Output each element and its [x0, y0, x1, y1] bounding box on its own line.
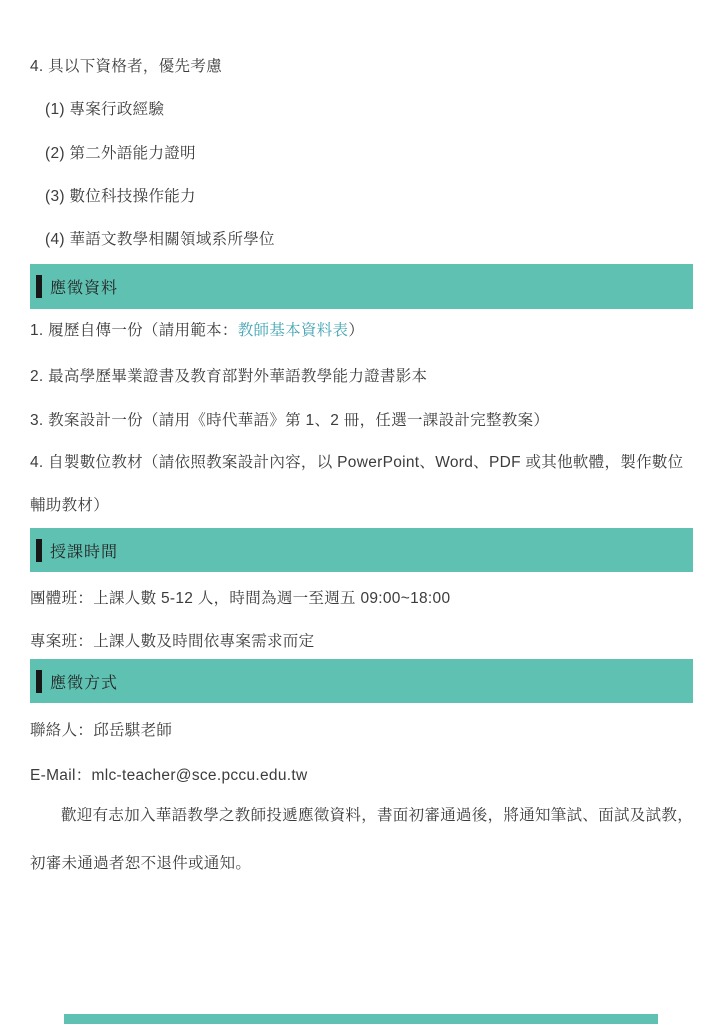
section-title: 應徵資料: [50, 275, 118, 298]
section-header-how-to-apply: 應徵方式: [30, 659, 693, 703]
project-class-line: 專案班：上課人數及時間依專案需求而定: [30, 631, 314, 653]
section-marker-bar: [36, 275, 42, 298]
teacher-info-form-link[interactable]: 教師基本資料表: [238, 322, 349, 339]
application-document-item-3: 3. 教案設計一份（請用《時代華語》第 1、2 冊，任選一課設計完整教案）: [30, 410, 549, 432]
application-document-item-1: 1. 履歷自傳一份（請用範本：教師基本資料表）: [30, 320, 364, 342]
qualification-item: (1) 專案行政經驗: [45, 99, 164, 121]
section-header-application-documents: 應徵資料: [30, 264, 693, 309]
contact-person-line: 聯絡人：邱岳騏老師: [30, 720, 172, 742]
application-document-item-2: 2. 最高學歷畢業證書及教育部對外華語教學能力證書影本: [30, 366, 427, 388]
next-section-band-partial: [64, 1014, 658, 1024]
application-document-item-4: 4. 自製數位教材（請依照教案設計內容，以 PowerPoint、Word、PD…: [30, 441, 694, 527]
qualification-item: (4) 華語文教學相關領域系所學位: [45, 229, 275, 251]
email-line: E-Mail：mlc-teacher@sce.pccu.edu.tw: [30, 765, 307, 787]
section-marker-bar: [36, 539, 42, 562]
section-title: 應徵方式: [50, 670, 118, 693]
section-marker-bar: [36, 670, 42, 693]
qualification-item: (3) 數位科技操作能力: [45, 186, 196, 208]
section-header-class-schedule: 授課時間: [30, 528, 693, 572]
item1-prefix: 1. 履歷自傳一份（請用範本：: [30, 322, 238, 339]
section-title: 授課時間: [50, 539, 118, 562]
qualifications-heading: 4. 具以下資格者，優先考慮: [30, 56, 222, 78]
qualification-item: (2) 第二外語能力證明: [45, 143, 196, 165]
group-class-line: 團體班：上課人數 5-12 人，時間為週一至週五 09:00~18:00: [30, 588, 450, 610]
item1-suffix: ）: [348, 322, 364, 339]
closing-paragraph: 歡迎有志加入華語教學之教師投遞應徵資料，書面初審通過後，將通知筆試、面試及試教，…: [30, 792, 694, 888]
document-page: 4. 具以下資格者，優先考慮 (1) 專案行政經驗 (2) 第二外語能力證明 (…: [0, 0, 724, 1024]
